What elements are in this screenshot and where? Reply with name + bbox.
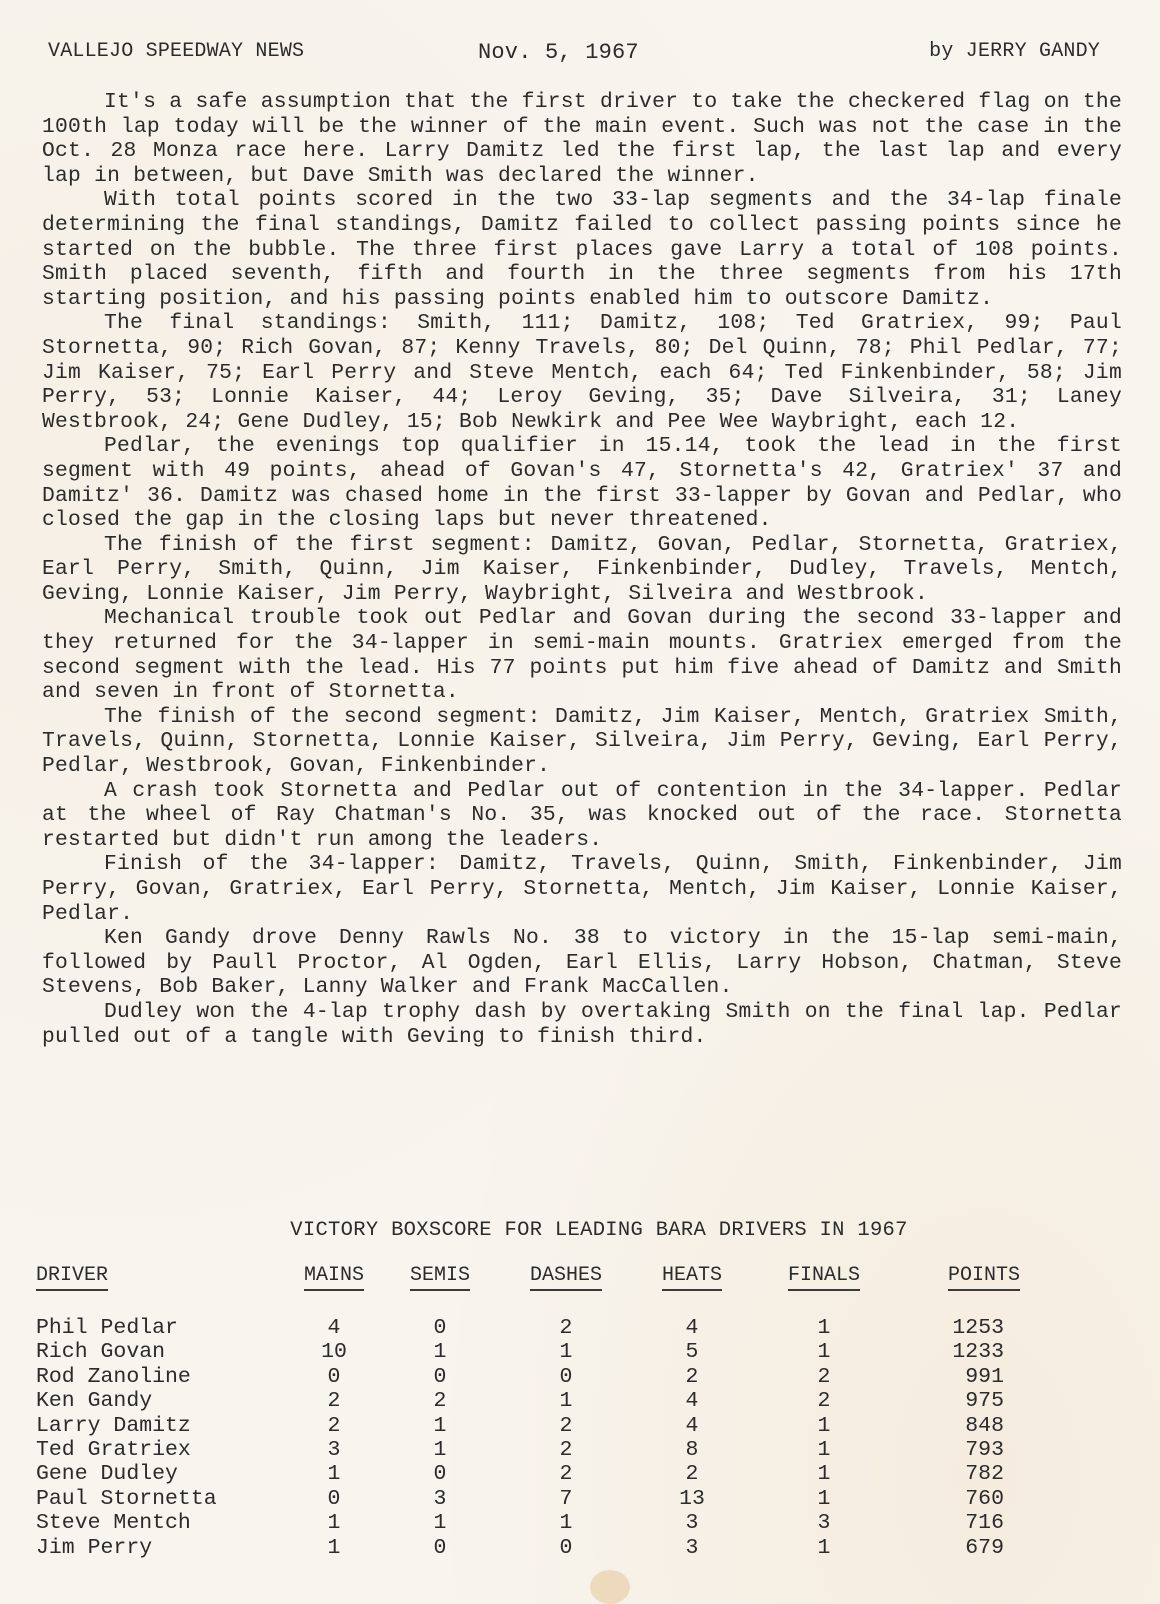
cell-points: 760 [886,1487,1026,1511]
table-row: Gene Dudley10221782 [36,1462,1026,1486]
column-header-mains: MAINS [298,1264,370,1316]
article-paragraph: Pedlar, the evenings top qualifier in 15… [42,434,1122,532]
boxscore-title-text: VICTORY BOXSCORE FOR LEADING BARA DRIVER… [290,1219,908,1242]
cell-points: 782 [886,1462,1026,1486]
cell-points: 991 [886,1365,1026,1389]
cell-semis: 1 [370,1414,510,1438]
cell-driver: Phil Pedlar [36,1316,298,1340]
table-row: Larry Damitz21241848 [36,1414,1026,1438]
column-header-driver: DRIVER [36,1264,298,1316]
cell-mains: 1 [298,1536,370,1560]
table-row: Paul Stornetta037131760 [36,1487,1026,1511]
table-row: Ken Gandy22142975 [36,1389,1026,1413]
table-row: Phil Pedlar402411253 [36,1316,1026,1340]
column-header-points: POINTS [886,1264,1026,1316]
article-paragraph: Mechanical trouble took out Pedlar and G… [42,606,1122,704]
table-row: Ted Gratriex31281793 [36,1438,1026,1462]
cell-mains: 1 [298,1511,370,1535]
cell-driver: Larry Damitz [36,1414,298,1438]
cell-dashes: 2 [510,1438,622,1462]
cell-semis: 1 [370,1438,510,1462]
cell-mains: 2 [298,1389,370,1413]
cell-heats: 8 [622,1438,762,1462]
cell-driver: Ted Gratriex [36,1438,298,1462]
article-paragraph: Finish of the 34-lapper: Damitz, Travels… [42,852,1122,926]
cell-semis: 0 [370,1462,510,1486]
article-body: It's a safe assumption that the first dr… [42,90,1122,1049]
masthead: VALLEJO SPEEDWAY NEWS Nov. 5, 1967 by JE… [48,40,1100,68]
cell-finals: 1 [762,1536,886,1560]
cell-heats: 5 [622,1340,762,1364]
cell-finals: 2 [762,1365,886,1389]
cell-mains: 1 [298,1462,370,1486]
cell-finals: 1 [762,1340,886,1364]
cell-finals: 1 [762,1414,886,1438]
cell-semis: 0 [370,1536,510,1560]
cell-semis: 3 [370,1487,510,1511]
boxscore-body: Phil Pedlar402411253Rich Govan1011511233… [36,1316,1026,1560]
cell-dashes: 0 [510,1365,622,1389]
table-row: Jim Perry10031679 [36,1536,1026,1560]
cell-driver: Jim Perry [36,1536,298,1560]
cell-dashes: 0 [510,1536,622,1560]
article-paragraph: The final standings: Smith, 111; Damitz,… [42,311,1122,434]
article-paragraph: Dudley won the 4-lap trophy dash by over… [42,1000,1122,1049]
cell-dashes: 2 [510,1316,622,1340]
table-row: Rod Zanoline00022991 [36,1365,1026,1389]
article-paragraph: A crash took Stornetta and Pedlar out of… [42,779,1122,853]
publication-date: Nov. 5, 1967 [478,40,639,65]
paper-stain [590,1570,630,1604]
byline: by JERRY GANDY [929,40,1100,63]
cell-semis: 0 [370,1365,510,1389]
cell-dashes: 1 [510,1340,622,1364]
cell-driver: Paul Stornetta [36,1487,298,1511]
column-header-semis: SEMIS [370,1264,510,1316]
cell-heats: 4 [622,1316,762,1340]
table-row: Rich Govan1011511233 [36,1340,1026,1364]
cell-dashes: 1 [510,1511,622,1535]
cell-mains: 2 [298,1414,370,1438]
cell-driver: Ken Gandy [36,1389,298,1413]
cell-finals: 3 [762,1511,886,1535]
column-header-dashes: DASHES [510,1264,622,1316]
boxscore-table: DRIVER MAINS SEMIS DASHES HEATS FINALS P… [36,1264,1026,1560]
cell-mains: 10 [298,1340,370,1364]
cell-driver: Rod Zanoline [36,1365,298,1389]
document-page: VALLEJO SPEEDWAY NEWS Nov. 5, 1967 by JE… [0,0,1160,1604]
cell-driver: Rich Govan [36,1340,298,1364]
cell-points: 1253 [886,1316,1026,1340]
cell-points: 975 [886,1389,1026,1413]
article-paragraph: It's a safe assumption that the first dr… [42,90,1122,188]
cell-mains: 0 [298,1487,370,1511]
cell-heats: 4 [622,1389,762,1413]
cell-dashes: 7 [510,1487,622,1511]
cell-heats: 13 [622,1487,762,1511]
cell-points: 716 [886,1511,1026,1535]
article-paragraph: The finish of the first segment: Damitz,… [42,533,1122,607]
cell-semis: 1 [370,1511,510,1535]
cell-driver: Gene Dudley [36,1462,298,1486]
cell-heats: 3 [622,1511,762,1535]
article-paragraph: Ken Gandy drove Denny Rawls No. 38 to vi… [42,926,1122,1000]
cell-heats: 4 [622,1414,762,1438]
cell-semis: 2 [370,1389,510,1413]
cell-mains: 4 [298,1316,370,1340]
cell-mains: 3 [298,1438,370,1462]
boxscore-header-row: DRIVER MAINS SEMIS DASHES HEATS FINALS P… [36,1264,1026,1316]
publication-title: VALLEJO SPEEDWAY NEWS [48,40,304,63]
cell-semis: 0 [370,1316,510,1340]
cell-points: 848 [886,1414,1026,1438]
cell-dashes: 2 [510,1462,622,1486]
article-paragraph: With total points scored in the two 33-l… [42,188,1122,311]
cell-finals: 1 [762,1487,886,1511]
cell-finals: 1 [762,1462,886,1486]
cell-points: 679 [886,1536,1026,1560]
column-header-heats: HEATS [622,1264,762,1316]
cell-points: 1233 [886,1340,1026,1364]
cell-dashes: 1 [510,1389,622,1413]
article-paragraph: The finish of the second segment: Damitz… [42,705,1122,779]
column-header-finals: FINALS [762,1264,886,1316]
cell-finals: 1 [762,1316,886,1340]
cell-heats: 3 [622,1536,762,1560]
table-row: Steve Mentch11133716 [36,1511,1026,1535]
cell-semis: 1 [370,1340,510,1364]
cell-driver: Steve Mentch [36,1511,298,1535]
cell-dashes: 2 [510,1414,622,1438]
cell-finals: 2 [762,1389,886,1413]
cell-finals: 1 [762,1438,886,1462]
boxscore-title: VICTORY BOXSCORE FOR LEADING BARA DRIVER… [0,1219,1160,1242]
cell-points: 793 [886,1438,1026,1462]
cell-heats: 2 [622,1365,762,1389]
cell-heats: 2 [622,1462,762,1486]
cell-mains: 0 [298,1365,370,1389]
